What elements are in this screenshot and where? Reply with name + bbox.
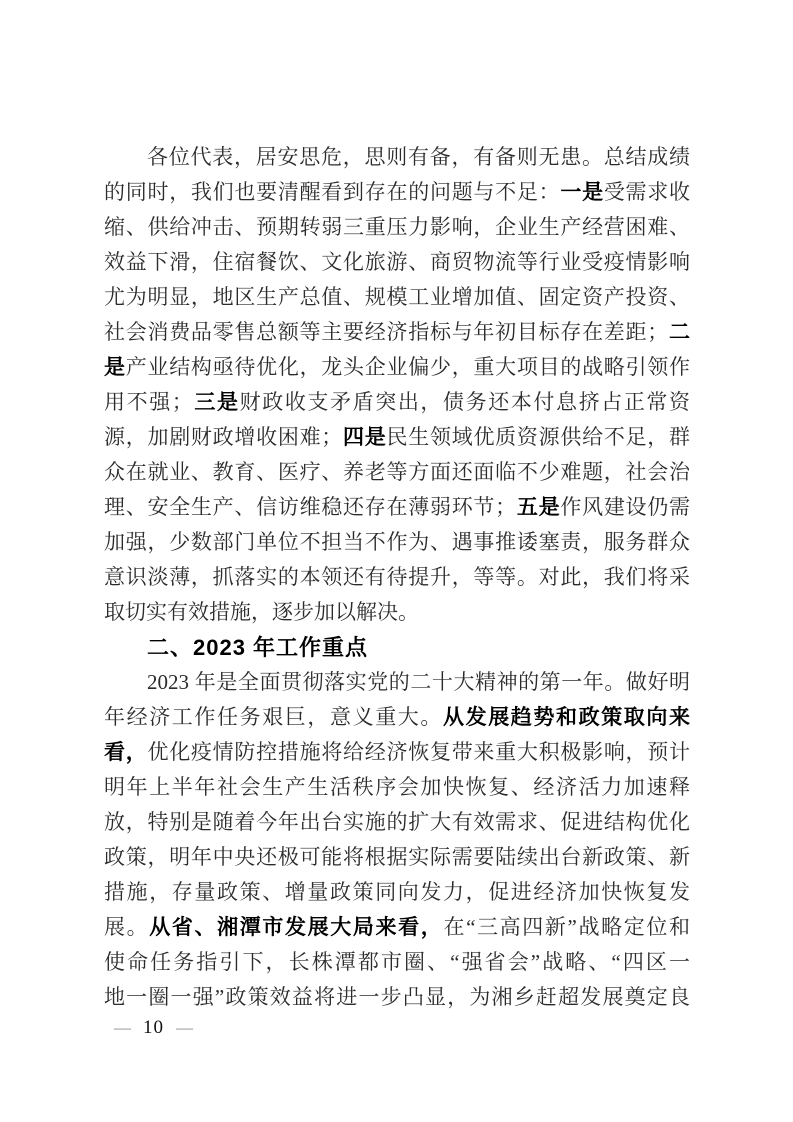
text-segment: 的同时，我们也要清醒看到存在的问题与不足：	[104, 180, 560, 204]
text-segment: 效益下滑，住宿餐饮、文化旅游、商贸物流等行业受疫情影响	[104, 250, 690, 274]
text-segment: 理、安全生产、信访维稳还存在薄弱环节；	[104, 495, 516, 519]
text-line: 效益下滑，住宿餐饮、文化旅游、商贸物流等行业受疫情影响	[104, 245, 690, 280]
text-line: 2023 年是全面贯彻落实党的二十大精神的第一年。做好明	[104, 665, 690, 700]
text-segment: 作风建设仍需	[560, 495, 690, 519]
text-segment: 意识淡薄，抓落实的本领还有待提升，等等。对此，我们将采	[104, 565, 690, 589]
text-line: 放，特别是随着今年出台实施的扩大有效需求、促进结构优化	[104, 805, 690, 840]
footer-dash-right: —	[176, 1018, 193, 1037]
text-line: 用不强；三是财政收支矛盾突出，债务还本付息挤占正常资	[104, 385, 690, 420]
bold-text-segment: 一是	[560, 180, 603, 204]
page-footer: —10—	[114, 1016, 193, 1040]
text-line: 各位代表，居安思危，思则有备，有备则无患。总结成绩	[104, 140, 690, 175]
text-segment: 措施，存量政策、增量政策同向发力，促进经济加快恢复发	[104, 880, 690, 904]
bold-text-segment: 二	[668, 320, 690, 344]
text-line: 社会消费品零售总额等主要经济指标与年初目标存在差距；二	[104, 315, 690, 350]
bold-text-segment: 从发展趋势和政策取向来	[443, 705, 690, 729]
text-line: 展。从省、湘潭市发展大局来看，在“三高四新”战略定位和	[104, 910, 690, 945]
bold-text-segment: 五是	[516, 495, 560, 519]
text-segment: 财政收支矛盾突出，债务还本付息挤占正常资	[240, 390, 690, 414]
text-segment: 各位代表，居安思危，思则有备，有备则无患。总结成绩	[147, 145, 690, 169]
text-line: 政策，明年中央还极可能将根据实际需要陆续出台新政策、新	[104, 840, 690, 875]
text-line: 明年上半年社会生产生活秩序会加快恢复、经济活力加速释	[104, 770, 690, 805]
text-segment: 政策，明年中央还极可能将根据实际需要陆续出台新政策、新	[104, 845, 690, 869]
bold-text-segment: 二、2023 年工作重点	[147, 635, 368, 660]
text-line: 措施，存量政策、增量政策同向发力，促进经济加快恢复发	[104, 875, 690, 910]
text-segment: 尤为明显，地区生产总值、规模工业增加值、固定资产投资、	[104, 285, 690, 309]
bold-text-segment: 从省、湘潭市发展大局来看，	[149, 915, 443, 939]
document-body: 各位代表，居安思危，思则有备，有备则无患。总结成绩的同时，我们也要清醒看到存在的…	[104, 140, 690, 1015]
bold-text-segment: 看，	[104, 740, 147, 764]
text-line: 是产业结构亟待优化，龙头企业偏少，重大项目的战略引领作	[104, 350, 690, 385]
text-line: 众在就业、教育、医疗、养老等方面还面临不少难题，社会治	[104, 455, 690, 490]
text-segment: 受需求收	[604, 180, 690, 204]
text-segment: 民生领域优质资源供给不足，群	[387, 425, 690, 449]
text-segment: 2023 年是全面贯彻落实党的二十大精神的第一年。做好明	[147, 670, 690, 694]
text-segment: 放，特别是随着今年出台实施的扩大有效需求、促进结构优化	[104, 810, 690, 834]
text-line: 取切实有效措施，逐步加以解决。	[104, 595, 690, 630]
text-segment: 地一圈一强”政策效益将进一步凸显，为湘乡赶超发展奠定良	[104, 985, 690, 1009]
text-line: 年经济工作任务艰巨，意义重大。从发展趋势和政策取向来	[104, 700, 690, 735]
text-segment: 社会消费品零售总额等主要经济指标与年初目标存在差距；	[104, 320, 668, 344]
text-segment: 年经济工作任务艰巨，意义重大。	[104, 705, 443, 729]
text-segment: 产业结构亟待优化，龙头企业偏少，重大项目的战略引领作	[126, 355, 690, 379]
text-segment: 用不强；	[104, 390, 193, 414]
text-line: 意识淡薄，抓落实的本领还有待提升，等等。对此，我们将采	[104, 560, 690, 595]
text-line: 尤为明显，地区生产总值、规模工业增加值、固定资产投资、	[104, 280, 690, 315]
bold-text-segment: 是	[104, 355, 126, 379]
text-line: 缩、供给冲击、预期转弱三重压力影响，企业生产经营困难、	[104, 210, 690, 245]
text-line: 加强，少数部门单位不担当不作为、遇事推诿塞责，服务群众	[104, 525, 690, 560]
text-segment: 取切实有效措施，逐步加以解决。	[104, 600, 419, 624]
text-line: 使命任务指引下，长株潭都市圈、“强省会”战略、“四区一	[104, 945, 690, 980]
text-segment: 展。	[104, 915, 149, 939]
text-line: 理、安全生产、信访维稳还存在薄弱环节；五是作风建设仍需	[104, 490, 690, 525]
text-segment: 加强，少数部门单位不担当不作为、遇事推诿塞责，服务群众	[104, 530, 690, 554]
footer-dash-left: —	[114, 1018, 131, 1037]
text-segment: 明年上半年社会生产生活秩序会加快恢复、经济活力加速释	[104, 775, 690, 799]
text-segment: 优化疫情防控措施将给经济恢复带来重大积极影响，预计	[147, 740, 690, 764]
text-segment: 使命任务指引下，长株潭都市圈、“强省会”战略、“四区一	[104, 950, 690, 974]
section-heading: 二、2023 年工作重点	[104, 630, 690, 665]
text-line: 地一圈一强”政策效益将进一步凸显，为湘乡赶超发展奠定良	[104, 980, 690, 1015]
text-segment: 源，加剧财政增收困难；	[104, 425, 342, 449]
document-page: 各位代表，居安思危，思则有备，有备则无患。总结成绩的同时，我们也要清醒看到存在的…	[0, 0, 793, 1122]
text-segment: 在“三高四新”战略定位和	[443, 915, 690, 939]
text-line: 看，优化疫情防控措施将给经济恢复带来重大积极影响，预计	[104, 735, 690, 770]
page-number: 10	[143, 1017, 164, 1038]
text-segment: 众在就业、教育、医疗、养老等方面还面临不少难题，社会治	[104, 460, 690, 484]
text-segment: 缩、供给冲击、预期转弱三重压力影响，企业生产经营困难、	[104, 215, 690, 239]
bold-text-segment: 三是	[193, 390, 240, 414]
text-line: 源，加剧财政增收困难；四是民生领域优质资源供给不足，群	[104, 420, 690, 455]
text-line: 的同时，我们也要清醒看到存在的问题与不足：一是受需求收	[104, 175, 690, 210]
bold-text-segment: 四是	[342, 425, 386, 449]
